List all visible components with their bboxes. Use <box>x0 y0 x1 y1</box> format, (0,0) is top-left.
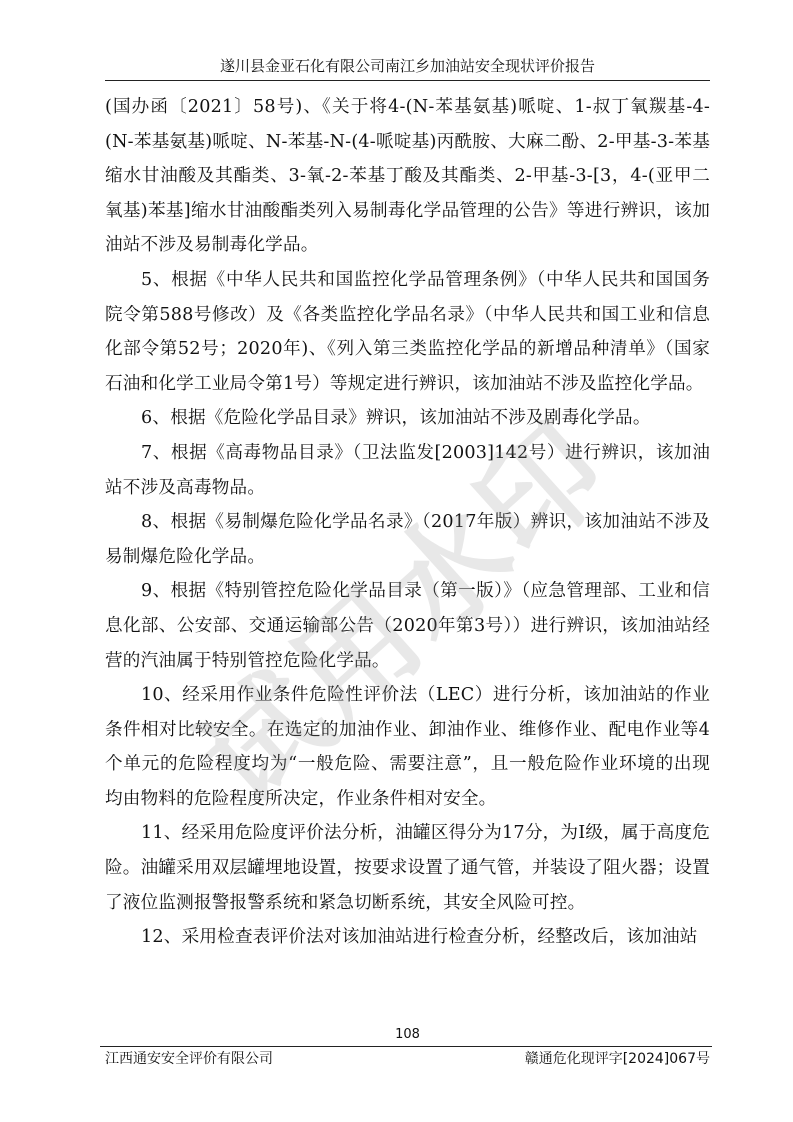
paragraph-item-5: 5、根据《中华人民共和国监控化学品管理条例》（中华人民共和国国务院令第588号修… <box>105 263 710 401</box>
paragraph-item-8: 8、根据《易制爆危险化学品名录》（2017年版）辨识，该加油站不涉及易制爆危险化… <box>105 505 710 574</box>
footer-report-number: 赣通危化现评字[2024]067号 <box>525 1050 710 1068</box>
header-divider <box>105 80 710 81</box>
paragraph-item-11: 11、经采用危险度评价法分析，油罐区得分为17分，为Ⅰ级，属于高度危险。油罐采用… <box>105 816 710 920</box>
paragraph-item-6: 6、根据《危险化学品目录》辨识，该加油站不涉及剧毒化学品。 <box>105 401 710 436</box>
paragraph-item-10: 10、经采用作业条件危险性评价法（LEC）进行分析，该加油站的作业条件相对比较安… <box>105 678 710 816</box>
paragraph-item-7: 7、根据《高毒物品目录》（卫法监发[2003]142号）进行辨识，该加油站不涉及… <box>105 436 710 505</box>
page-header-title: 遂川县金亚石化有限公司南江乡加油站安全现状评价报告 <box>105 54 710 78</box>
page-number: 108 <box>105 1026 710 1044</box>
paragraph-item-9: 9、根据《特别管控危险化学品目录（第一版）》（应急管理部、工业和信息化部、公安部… <box>105 574 710 678</box>
footer-company: 江西通安安全评价有限公司 <box>105 1050 273 1068</box>
footer-divider <box>100 1046 712 1047</box>
document-body: (国办函〔2021〕58号)、《关于将4-(N-苯基氨基)哌啶、1-叔丁氧羰基-… <box>105 90 710 955</box>
paragraph-item-12: 12、采用检查表评价法对该加油站进行检查分析，经整改后，该加油站 <box>105 920 710 955</box>
paragraph-continuation: (国办函〔2021〕58号)、《关于将4-(N-苯基氨基)哌啶、1-叔丁氧羰基-… <box>105 90 710 263</box>
